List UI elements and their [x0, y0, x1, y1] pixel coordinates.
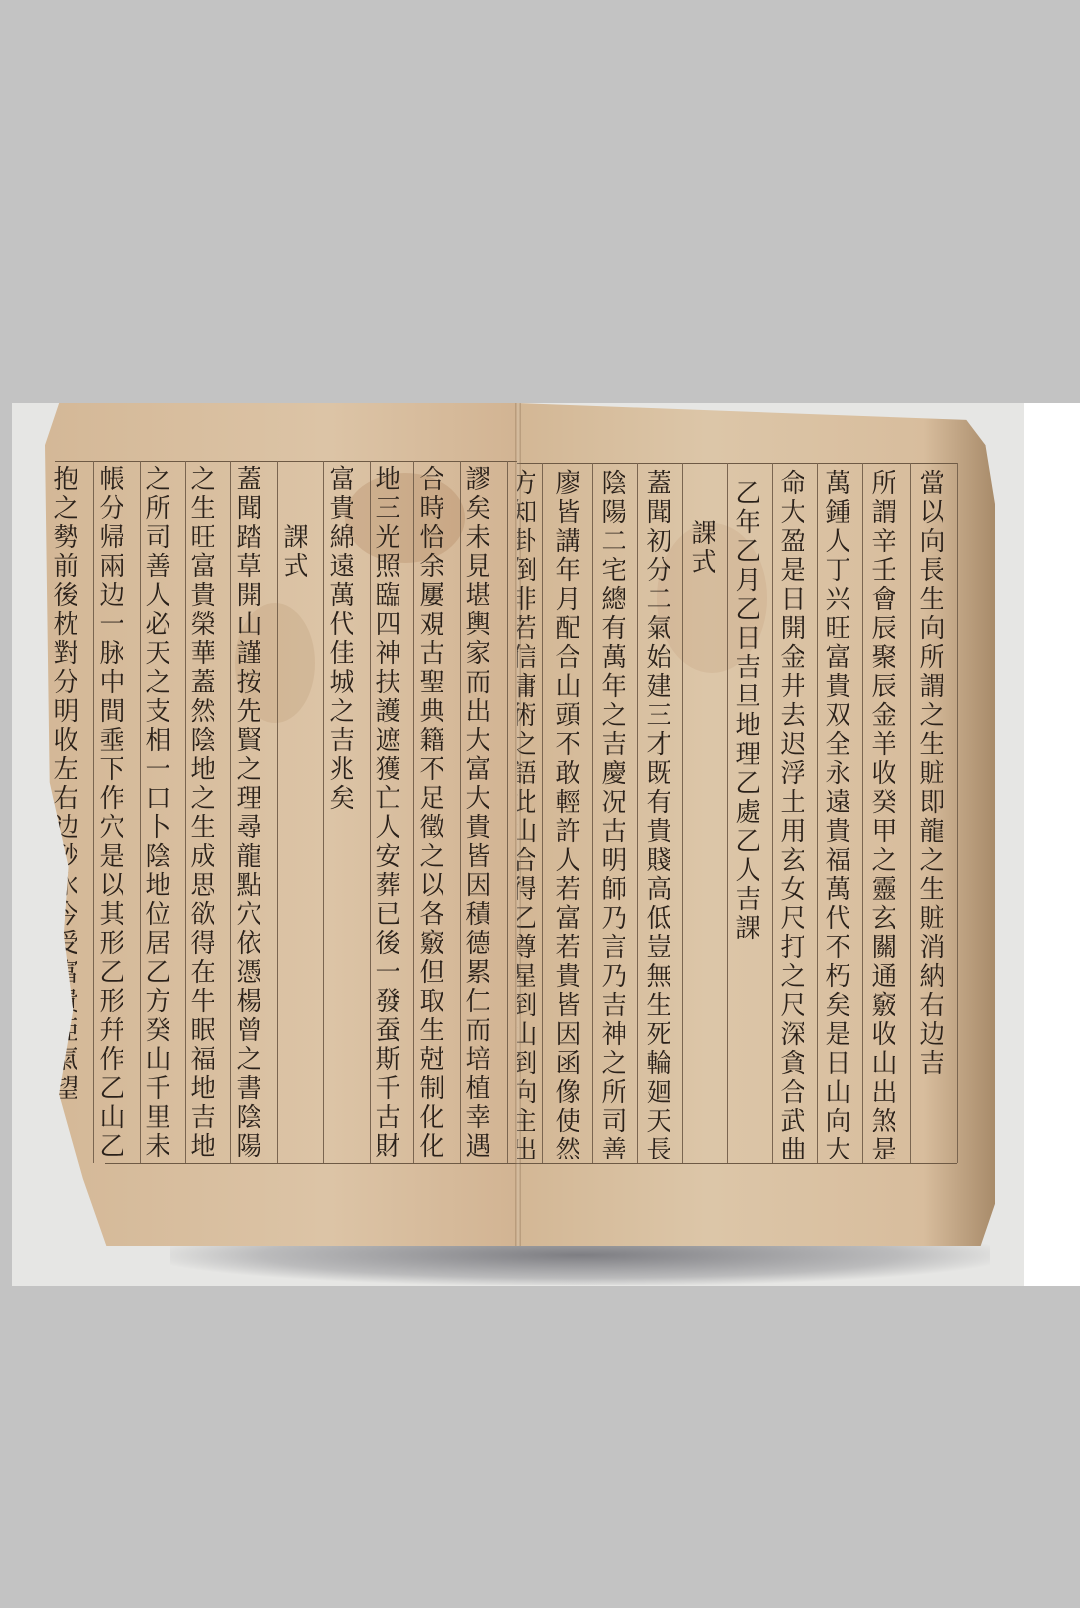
text-column: 所謂辛壬會辰聚辰金羊收癸甲之靈玄關通竅收山出煞是日大利年月安葬一發蚕斯千古財祿 — [869, 469, 895, 1159]
text-column: 之所司善人必天之支相一口卜陰地位居乙方癸山千里未龍此未一第之地大開盖 — [143, 465, 169, 1160]
column-divider — [817, 463, 818, 1163]
column-divider — [637, 463, 638, 1163]
column-divider — [460, 461, 461, 1163]
text-column: 蓋聞踏草開山謹按先賢之理尋龍點穴依憑楊曾之書陰陽造化乃是五行 — [234, 465, 260, 1160]
column-divider — [277, 461, 278, 1163]
column-divider — [370, 461, 371, 1163]
text-column: 廖皆講年月配合山頭不敢輕許人若富若貴皆因函像使然既明倒杖法 — [553, 469, 579, 1159]
right-page: 當以向長生向所謂之生賍即龍之生賍消納右边吉 所謂辛壬會辰聚辰金羊收癸甲之靈玄關通… — [517, 403, 995, 1246]
column-divider — [772, 463, 773, 1163]
text-column: 之生旺富貴榮華蓋然陰地之生成思欲得在牛眠福地吉地吉穴選擇吉期乃吉神 — [188, 465, 214, 1160]
column-divider — [93, 461, 94, 1163]
top-border-line — [55, 461, 517, 462]
column-divider — [140, 461, 141, 1163]
text-column: 富貴綿遠萬代佳城之吉兆矣 — [327, 465, 353, 1160]
column-divider — [910, 463, 911, 1163]
photo-white-margin — [1024, 403, 1080, 1286]
column-divider — [185, 461, 186, 1163]
text-column: 抱之勢前後枕對分明收左右边砂水今受富貴亞氣望 — [51, 465, 77, 1160]
column-divider — [682, 463, 683, 1163]
text-column: 當以向長生向所謂之生賍即龍之生賍消納右边吉 — [917, 469, 943, 1159]
text-column: 命大盈是日開金井去迟浮土用玄女尺打之尺深貪合武曲食狼星吉 — [778, 469, 804, 1159]
column-divider — [592, 463, 593, 1163]
bottom-border-line — [105, 1163, 517, 1164]
column-divider — [230, 461, 231, 1163]
bottom-border-line — [517, 1163, 957, 1164]
text-column: 陰陽二宅總有萬年之吉慶况古明師乃言乃吉神之所司善人必天之支天即楊曾郭 — [599, 469, 625, 1159]
column-divider — [727, 463, 728, 1163]
column-divider — [862, 463, 863, 1163]
column-divider — [413, 461, 414, 1163]
text-column: 合時恰余屢覌古聖典籍不足徵之以各竅但取生尅制化化煞生權凡遇吉 — [417, 465, 443, 1160]
column-divider — [323, 461, 324, 1163]
text-column: 謬矣未見堪輿家而出大富大貴皆因積德累仁而培植幸遇此山水合法斯 — [463, 465, 489, 1160]
column-divider — [507, 461, 508, 1163]
book-spine — [515, 403, 521, 1246]
section-heading: 課式 — [689, 519, 715, 639]
column-divider — [957, 463, 958, 1163]
top-border-line — [517, 463, 957, 464]
text-column: 地三光照臨四神扶護遮獲亡人安葬已後一發蚕斯千古財祿萬鍾人丁兴旺 — [373, 465, 399, 1160]
date-line-column: 乙年乙月乙日吉旦地理乙處乙人吉課 — [733, 479, 759, 1159]
section-heading: 課式 — [281, 523, 307, 643]
text-column: 蓋聞初分二氣始建三才既有貴賤高低豈無生死輪廻天長地久人無千載之和合 — [644, 469, 670, 1159]
text-column: 萬鍾人丁兴旺富貴双全永遠貴福萬代不朽矣是日山向大利宜用乙年山向大利 — [823, 469, 849, 1159]
open-manuscript: 謬矣未見堪輿家而出大富大貴皆因積德累仁而培植幸遇此山水合法斯 合時恰余屢覌古聖典… — [45, 403, 995, 1246]
left-page: 謬矣未見堪輿家而出大富大貴皆因積德累仁而培植幸遇此山水合法斯 合時恰余屢覌古聖典… — [45, 403, 517, 1246]
paper-stain — [345, 473, 465, 563]
column-divider — [542, 463, 543, 1163]
text-column: 帳分帰兩边一脉中間埀下作穴是以其形乙形幷作乙山乙向所善結成龍虎相 — [97, 465, 123, 1160]
